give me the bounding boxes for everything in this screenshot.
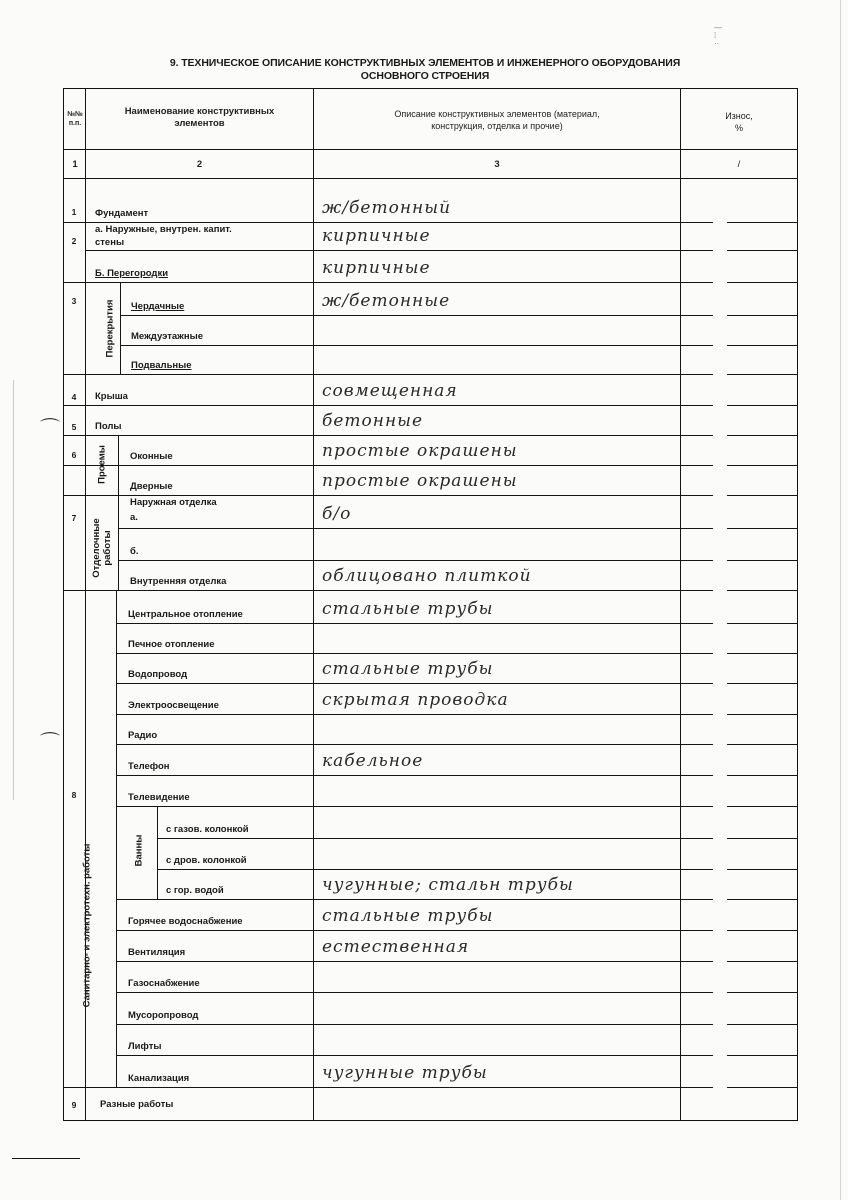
element-name: Б. Перегородки [95, 268, 168, 279]
page-edge [840, 0, 841, 1200]
element-description: кирпичные [322, 226, 431, 246]
row-number: 1 [64, 207, 84, 217]
element-name: с гор. водой [166, 885, 224, 896]
group-label-otdelochnye: Отделочные работы [91, 502, 113, 594]
group-divider-perekrytiya [120, 282, 121, 374]
element-description: простые окрашены [322, 471, 518, 491]
group-divider-vanny [157, 806, 158, 899]
wear-percent-cell [681, 714, 797, 744]
element-description: стальные трубы [322, 599, 493, 619]
bracket-mark: ⌒ [40, 726, 60, 755]
row-number: 4 [64, 392, 84, 402]
colnum-1: 1 [64, 159, 86, 171]
element-name: Водопровод [128, 669, 187, 680]
colnum-4: / [681, 159, 797, 171]
document-title: 9. ТЕХНИЧЕСКОЕ ОПИСАНИЕ КОНСТРУКТИВНЫХ Э… [100, 57, 750, 83]
element-name: Крыша [95, 391, 128, 402]
wear-percent-cell [681, 435, 797, 465]
element-name: Подвальные [131, 360, 192, 371]
group-divider-otdelka [118, 495, 119, 590]
col-divider-desc [313, 88, 314, 1121]
wear-percent-cell [681, 222, 797, 250]
element-name: Оконные [130, 451, 173, 462]
corner-stamp-mark: —⁞·· [714, 24, 722, 48]
element-description: стальные трубы [322, 659, 493, 679]
element-name: Центральное отопление [128, 609, 243, 620]
wear-percent-cell [681, 405, 797, 435]
wear-percent-cell [681, 560, 797, 590]
header-wear: Износ, % [681, 110, 797, 134]
row-number: 3 [64, 296, 84, 306]
title-line-2: ОСНОВНОГО СТРОЕНИЯ [100, 70, 750, 83]
row-number: 2 [64, 236, 84, 246]
wear-percent-cell [681, 590, 797, 623]
colnum-3: 3 [314, 159, 680, 171]
element-description: естественная [322, 937, 469, 957]
element-description: кабельное [322, 751, 423, 771]
wear-percent-cell [681, 899, 797, 930]
wear-percent-cell [681, 465, 797, 495]
wear-percent-cell [681, 961, 797, 992]
element-name: Лифты [128, 1041, 161, 1052]
wear-percent-cell [681, 744, 797, 775]
wear-percent-cell [681, 653, 797, 683]
header-name: Наименование конструктивных элементов [86, 106, 313, 130]
element-name: Наружная отделкаа. [130, 497, 217, 523]
element-description: б/о [322, 504, 351, 524]
element-name: б. [130, 546, 139, 557]
element-description: скрытая проводка [322, 690, 509, 710]
element-name: а. Наружные, внутрен. капит.стены [95, 224, 232, 248]
wear-percent-cell [681, 315, 797, 345]
element-description: стальные трубы [322, 906, 493, 926]
element-name: Радио [128, 730, 157, 741]
colnum-2: 2 [86, 159, 313, 171]
wear-percent-cell [681, 930, 797, 961]
element-name: Печное отопление [128, 639, 215, 650]
element-name: Телевидение [128, 792, 190, 803]
wear-percent-cell [681, 623, 797, 653]
header-bottom-line [63, 149, 798, 150]
bracket-mark: ⌒ [40, 412, 60, 441]
element-name: с газов. колонкой [166, 824, 249, 835]
element-name: Электроосвещение [128, 700, 219, 711]
wear-percent-cell [681, 528, 797, 560]
element-name: Внутренняя отделка [130, 576, 226, 587]
wear-percent-cell [681, 1024, 797, 1055]
element-name: Канализация [128, 1073, 189, 1084]
row-number: 8 [64, 790, 84, 800]
wear-percent-cell [681, 869, 797, 899]
element-description: чугунные; стальн трубы [322, 875, 574, 895]
wear-percent-cell [681, 775, 797, 806]
element-description: кирпичные [322, 258, 431, 278]
element-description: ж/бетонный [322, 198, 451, 218]
wear-percent-cell [681, 345, 797, 374]
element-name: Чердачные [131, 301, 184, 312]
element-description: бетонные [322, 411, 423, 431]
element-name: Междуэтажные [131, 331, 203, 342]
wear-percent-cell [681, 1087, 797, 1121]
element-name: Полы [95, 421, 122, 432]
header-num: №№ п.п. [64, 110, 86, 128]
wear-percent-cell [681, 806, 797, 838]
element-name: Телефон [128, 761, 170, 772]
wear-percent-cell [681, 838, 797, 869]
element-name: Газоснабжение [128, 978, 200, 989]
row-number: 7 [64, 513, 84, 523]
row-number: 9 [64, 1100, 84, 1110]
group-label-vanny: Ванны [134, 826, 145, 876]
binding-margin-line [13, 380, 14, 800]
group-divider-santech [116, 590, 117, 1087]
wear-percent-cell [681, 992, 797, 1024]
group-label-perekrytiya: Перекрытия [105, 285, 116, 373]
element-name: Горячее водоснабжение [128, 916, 243, 927]
element-name: Вентиляция [128, 947, 185, 958]
row-number: 6 [64, 450, 84, 460]
element-name: Фундамент [95, 208, 148, 219]
wear-percent-cell [681, 495, 797, 528]
wear-percent-cell [681, 683, 797, 714]
element-description: чугунные трубы [322, 1063, 488, 1083]
row-number: 5 [64, 422, 84, 432]
group-label-proemy: Проемы [97, 437, 108, 493]
group-label-santech: Санитарно- и электротехн. работы [82, 781, 93, 1071]
element-description: ж/бетонные [322, 291, 450, 311]
wear-percent-cell [681, 282, 797, 315]
element-name: Дверные [130, 481, 173, 492]
margin-dash [12, 1158, 80, 1159]
wear-percent-cell [681, 1055, 797, 1087]
element-name: с дров. колонкой [166, 855, 247, 866]
element-description: совмещенная [322, 381, 458, 401]
element-description: простые окрашены [322, 441, 518, 461]
element-name: Мусоропровод [128, 1010, 198, 1021]
wear-percent-cell [681, 178, 797, 222]
header-desc: Описание конструктивных элементов (матер… [314, 108, 680, 132]
element-name: Разные работы [100, 1099, 173, 1110]
wear-percent-cell [681, 374, 797, 405]
title-line-1: 9. ТЕХНИЧЕСКОЕ ОПИСАНИЕ КОНСТРУКТИВНЫХ Э… [100, 57, 750, 70]
wear-percent-cell [681, 250, 797, 282]
element-description: облицовано плиткой [322, 566, 532, 586]
group-divider-otdelka-left [85, 495, 86, 590]
